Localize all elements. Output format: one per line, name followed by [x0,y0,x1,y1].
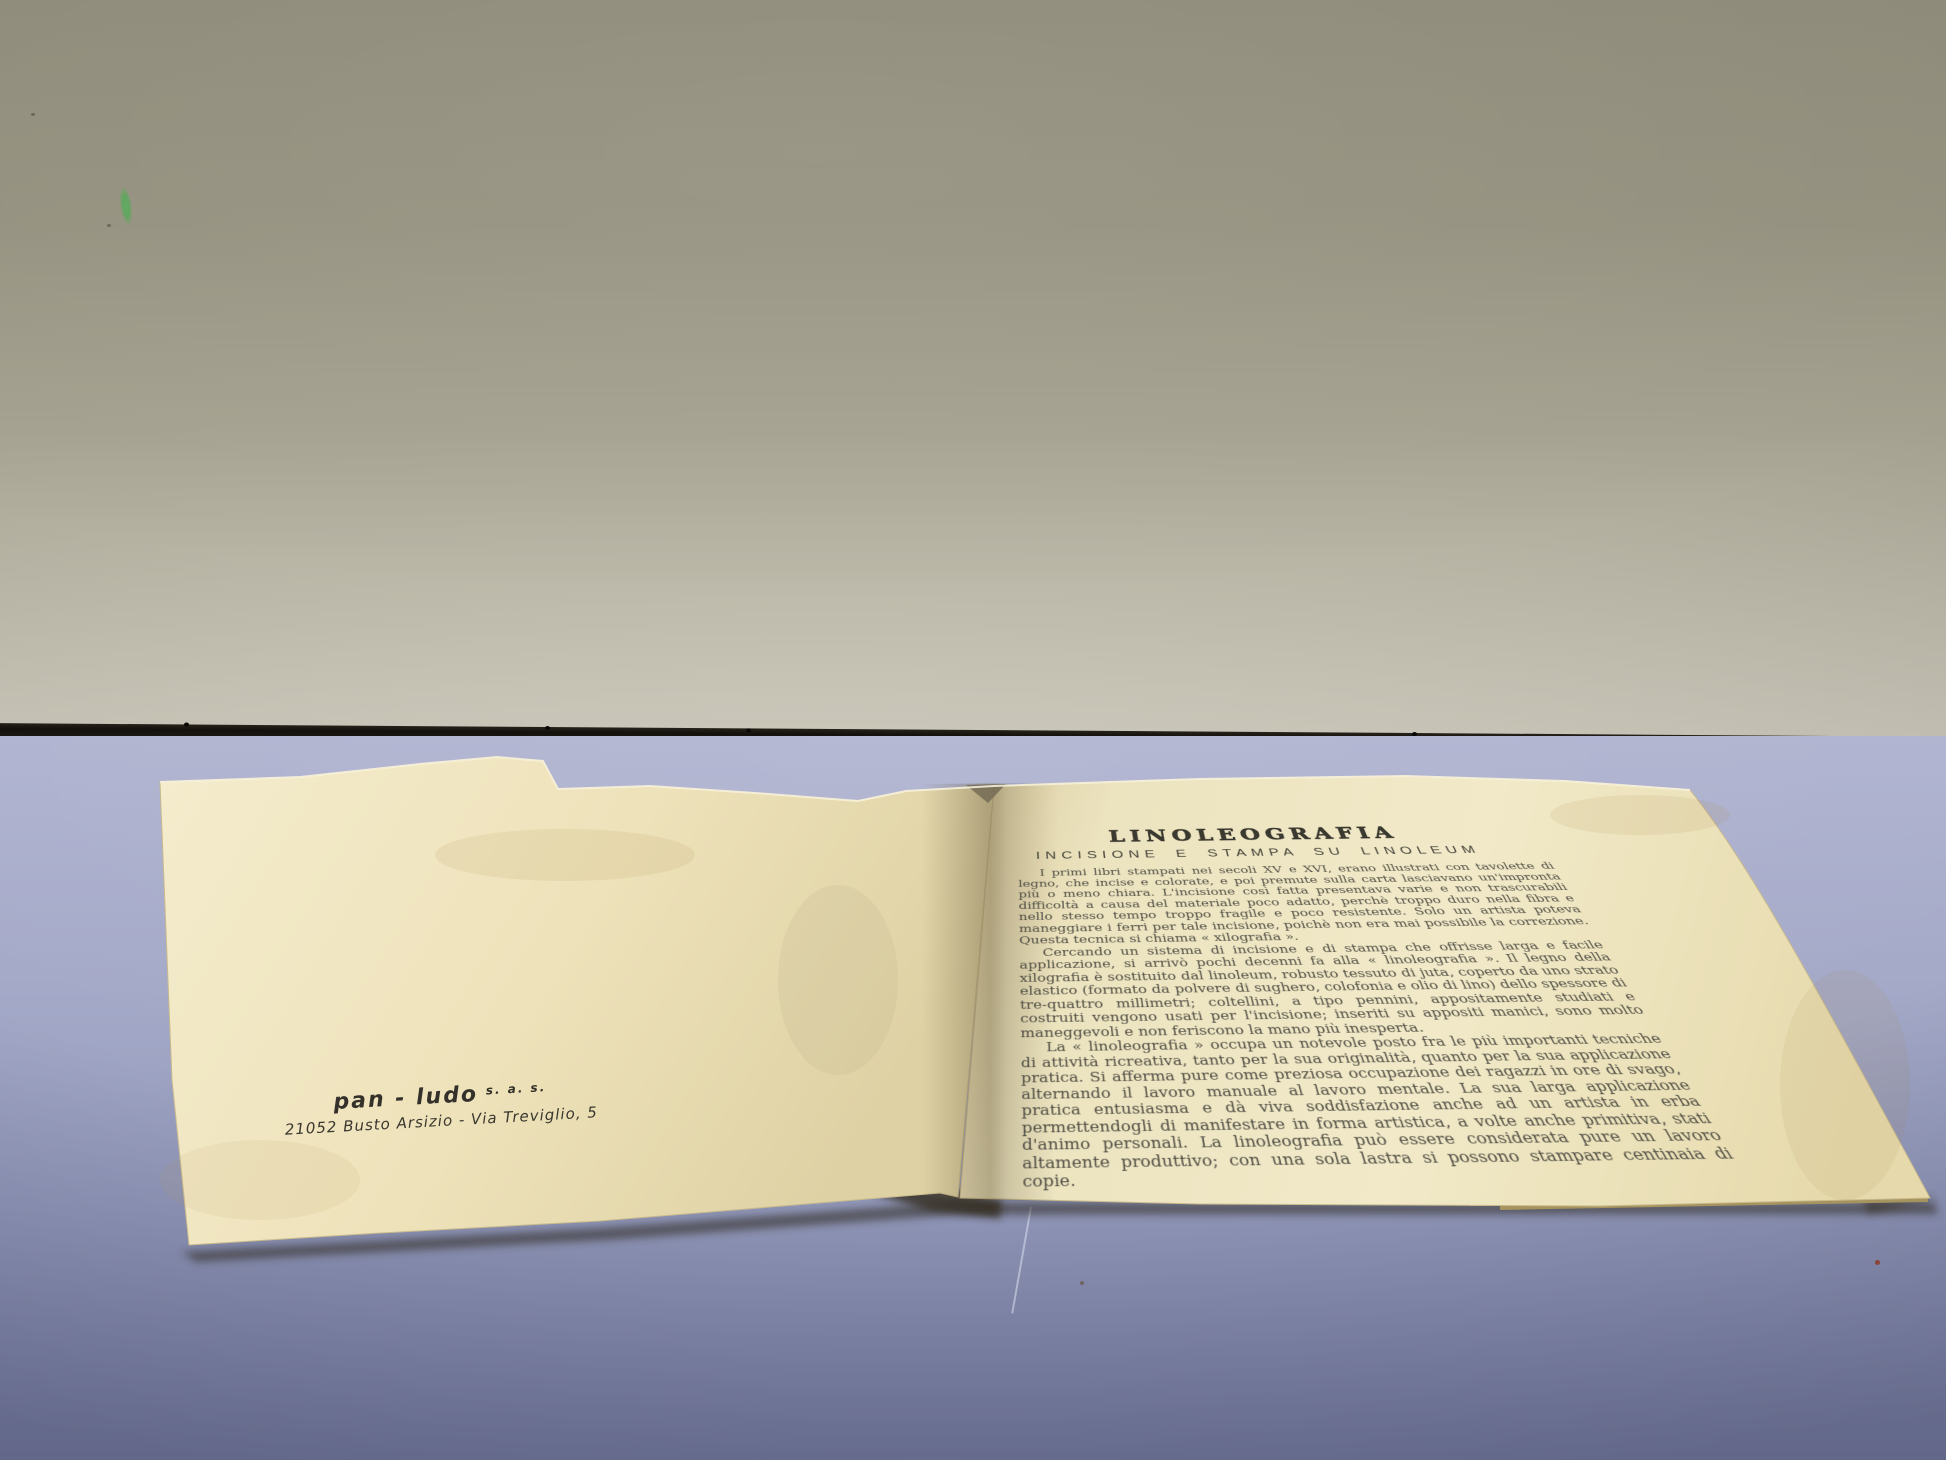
publisher-suffix: s. a. s. [485,1080,546,1097]
body-paragraph: La « linoleografia » occupa un notevole … [1021,1032,1749,1192]
paper-stain [1780,970,1910,1200]
paper-stain [778,885,898,1075]
photo-scene: LINOLEOGRAFIA INCISIONE E STAMPA SU LINO… [0,0,1946,1460]
paper-stain [160,1140,360,1220]
open-booklet [0,0,1946,1460]
body-paragraph: Cercando un sistema di incisione e di st… [1019,939,1656,1041]
paper-stain [1550,795,1730,835]
page-subtitle: INCISIONE E STAMPA SU LINOLEUM [1018,844,1502,862]
body-paragraph: I primi libri stampati nei secoli XV e X… [1018,861,1599,947]
paper-stain [435,829,695,881]
